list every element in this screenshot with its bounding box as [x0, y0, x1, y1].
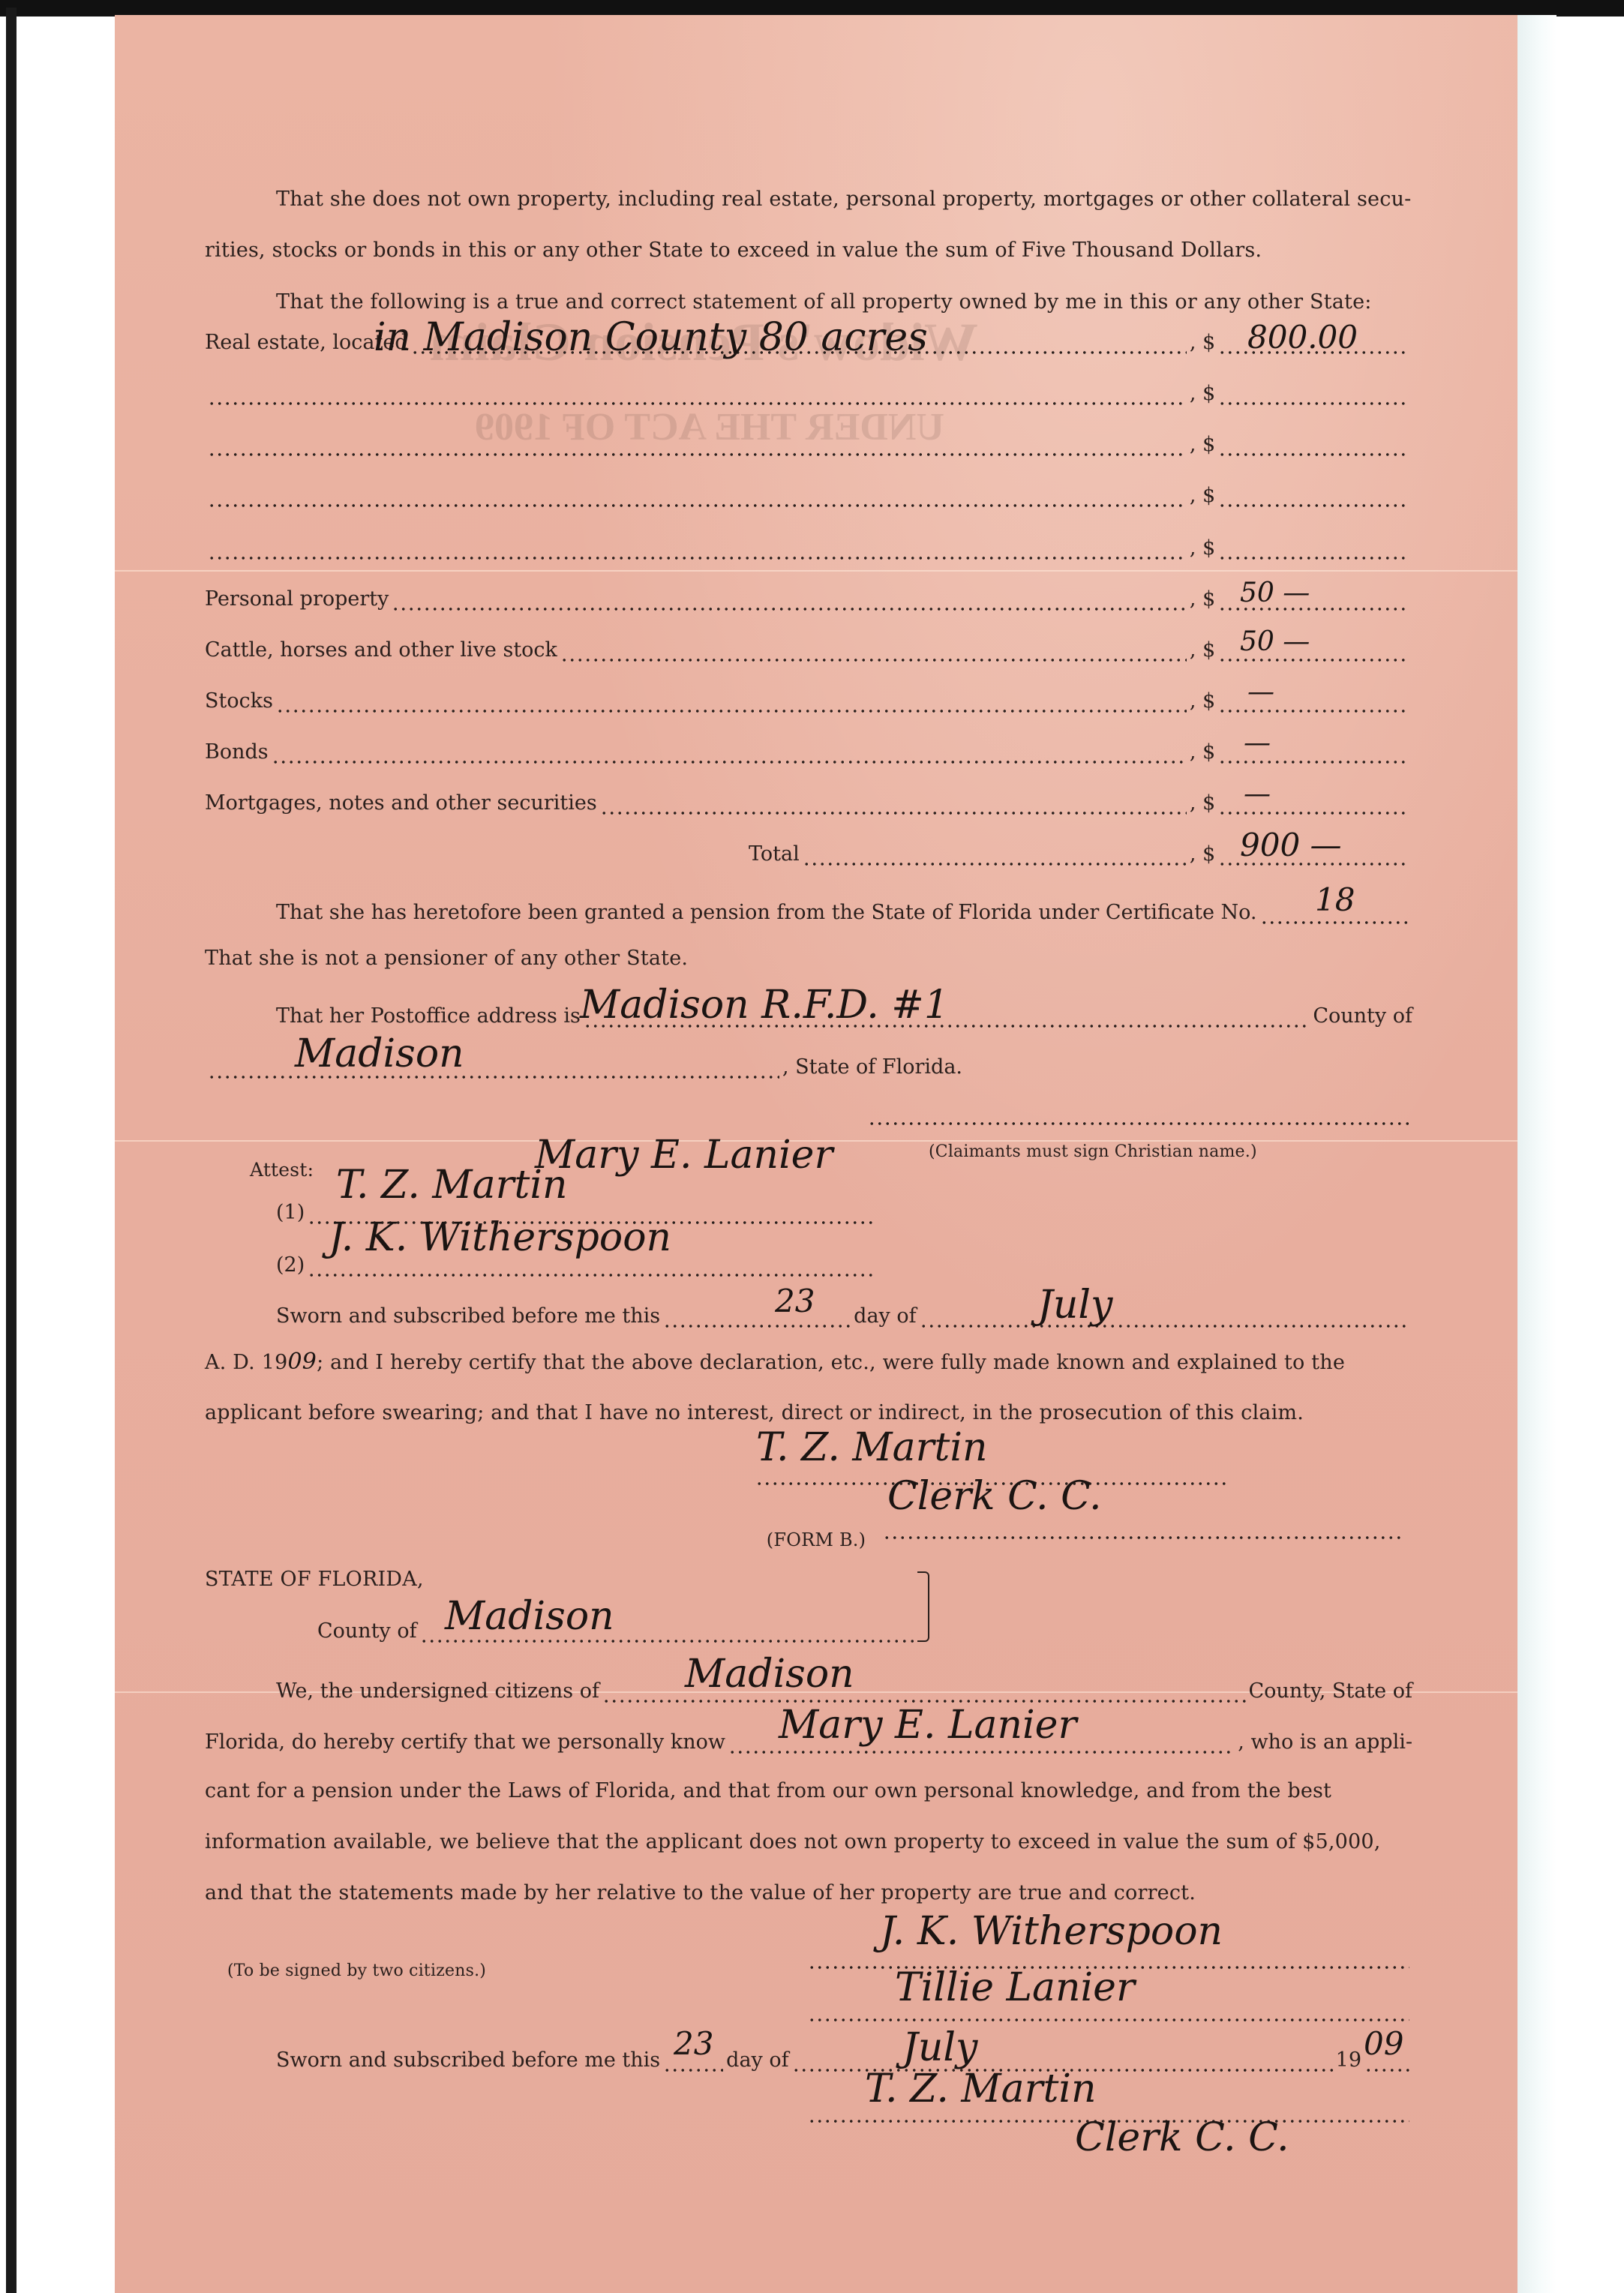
certify-line: A. D. 1909; and I hereby certify that th…: [205, 1349, 1412, 1376]
witness2-signature[interactable]: J. K. Witherspoon: [329, 1215, 671, 1260]
witness1-number: (1): [276, 1201, 305, 1224]
postoffice-value[interactable]: Madison R.F.D. #1: [580, 983, 949, 1028]
blank-amount: $: [1202, 433, 1412, 456]
intro-paragraph-line1: That she does not own property, includin…: [205, 186, 1484, 213]
form-b-officer-title[interactable]: Clerk C. C.: [1075, 2115, 1289, 2160]
personal-property-value[interactable]: 50 —: [1240, 578, 1310, 608]
pension-form-page: Widow's Pension Claim UNDER THE ACT OF 1…: [115, 15, 1517, 2293]
currency-symbol: $: [1202, 382, 1215, 405]
dotted-leader: [208, 539, 1187, 560]
item-label: Personal property: [205, 587, 389, 611]
citizen2-signature[interactable]: Tillie Lanier: [895, 1965, 1135, 2010]
sworn-day[interactable]: 23: [775, 1283, 815, 1319]
mortgages-value[interactable]: —: [1244, 779, 1271, 809]
form-b-county-value[interactable]: Madison: [445, 1594, 614, 1639]
real-estate-location-handwritten[interactable]: in Madison County 80 acres: [374, 315, 928, 360]
currency-symbol: $: [1202, 587, 1215, 611]
form-b-day-of-label: day of: [726, 2048, 788, 2072]
item-label: Mortgages, notes and other securities: [205, 791, 597, 815]
dotted-leader: [276, 692, 1187, 713]
claimant-signature[interactable]: Mary E. Lanier: [535, 1133, 833, 1178]
item-label: Cattle, horses and other live stock: [205, 638, 557, 662]
real-estate-value-handwritten[interactable]: 800.00: [1247, 319, 1358, 356]
form-b-sworn-day[interactable]: 23: [674, 2025, 713, 2062]
sworn-month[interactable]: July: [1037, 1283, 1112, 1328]
blank-amount: $: [1202, 382, 1412, 405]
scan-top-border: [0, 0, 1624, 17]
currency-symbol: $: [1202, 791, 1215, 815]
currency-symbol: $: [1202, 536, 1215, 560]
state-of-florida-heading: STATE OF FLORIDA,: [205, 1566, 1412, 1593]
postoffice-label: That her Postoffice address is: [205, 1004, 581, 1028]
dotted-leader: [208, 486, 1187, 507]
county-of-label: County of: [1313, 1004, 1412, 1028]
dotted-leader: [560, 641, 1187, 662]
form-b-officer-signature[interactable]: T. Z. Martin: [865, 2066, 1097, 2111]
citizens-suffix: County, State of: [1249, 1679, 1412, 1703]
certify-text: ; and I hereby certify that the above de…: [317, 1351, 1345, 1374]
blank-property-row: , $: [205, 530, 1412, 560]
form-b-year-prefix: 19: [1336, 2048, 1361, 2072]
dotted-leader: [868, 1104, 1409, 1125]
currency-symbol: $: [1202, 842, 1215, 866]
livestock-row: Cattle, horses and other live stock , $: [205, 632, 1412, 662]
dotted-leader: [803, 845, 1187, 866]
item-label: Bonds: [205, 740, 269, 764]
claimant-signature-line: [865, 1095, 1412, 1125]
form-b-sworn-prefix: Sworn and subscribed before me this: [205, 2048, 660, 2072]
witness2-number: (2): [276, 1253, 305, 1277]
claimant-note: (Claimants must sign Christian name.): [929, 1139, 1257, 1166]
dotted-leader: [1218, 435, 1409, 456]
form-b-sworn-row: Sworn and subscribed before me this day …: [205, 2042, 1412, 2072]
paper-fold: [115, 570, 1517, 572]
personal-property-row: Personal property , $: [205, 581, 1412, 611]
brace: [917, 1571, 929, 1642]
stocks-row: Stocks , $: [205, 683, 1412, 713]
dotted-leader: [1218, 486, 1409, 507]
total-value[interactable]: 900 —: [1240, 827, 1342, 863]
item-amount: $: [1202, 740, 1412, 764]
intro-paragraph-line2: rities, stocks or bonds in this or any o…: [205, 237, 1412, 264]
dotted-leader: [663, 1307, 851, 1328]
bonds-value[interactable]: —: [1244, 728, 1271, 758]
day-of-label: day of: [854, 1304, 916, 1328]
officer-signature[interactable]: T. Z. Martin: [756, 1425, 988, 1470]
currency-symbol: $: [1202, 484, 1215, 507]
dotted-leader: [920, 1307, 1409, 1328]
currency-symbol: $: [1202, 740, 1215, 764]
dotted-leader: [272, 743, 1187, 764]
blank-property-row: , $: [205, 375, 1412, 405]
certificate-row: That she has heretofore been granted a p…: [205, 894, 1412, 924]
currency-symbol: $: [1202, 689, 1215, 713]
blank-amount: $: [1202, 484, 1412, 507]
certify-line2: applicant before swearing; and that I ha…: [205, 1400, 1412, 1427]
item-amount: $: [1202, 689, 1412, 713]
plastic-sleeve-edge: [1515, 15, 1556, 2293]
item-amount: $: [1202, 791, 1412, 815]
blank-property-row: , $: [205, 426, 1412, 456]
state-of-florida-label: , State of Florida.: [782, 1055, 962, 1079]
dotted-leader: [1218, 539, 1409, 560]
blank-property-row: , $: [205, 477, 1412, 507]
form-b-body-line3: cant for a pension under the Laws of Flo…: [205, 1778, 1412, 1805]
dotted-leader: [600, 794, 1187, 815]
blank-amount: $: [1202, 536, 1412, 560]
form-b-title: (FORM B.): [115, 1526, 1517, 1553]
citizens-prefix: We, the undersigned citizens of: [205, 1679, 599, 1703]
currency-symbol: $: [1202, 331, 1215, 354]
applicant-name[interactable]: Mary E. Lanier: [779, 1703, 1076, 1748]
certificate-number[interactable]: 18: [1315, 881, 1355, 918]
currency-symbol: $: [1202, 638, 1215, 662]
form-b-sworn-month[interactable]: July: [902, 2025, 977, 2070]
form-b-body-line5: and that the statements made by her rela…: [205, 1880, 1412, 1907]
scan-left-border: [6, 8, 17, 2293]
signed-note: (To be signed by two citizens.): [227, 1958, 486, 1985]
ad-prefix: A. D. 19: [205, 1351, 287, 1374]
certificate-text: That she has heretofore been granted a p…: [205, 901, 1257, 924]
dotted-leader: [208, 1058, 779, 1079]
officer-title[interactable]: Clerk C. C.: [887, 1474, 1102, 1519]
not-pensioner-text: That she is not a pensioner of any other…: [205, 945, 1412, 972]
citizens-county-value[interactable]: Madison: [685, 1652, 854, 1697]
dotted-leader: [208, 435, 1187, 456]
dotted-leader: [208, 384, 1187, 405]
form-b-sworn-year[interactable]: 09: [1364, 2025, 1403, 2062]
currency-symbol: $: [1202, 433, 1215, 456]
form-b-county-label: County of: [317, 1619, 417, 1643]
ad-year[interactable]: 09: [287, 1349, 317, 1375]
know-suffix: , who is an appli-: [1238, 1730, 1412, 1754]
dotted-leader: [1218, 384, 1409, 405]
stocks-value[interactable]: —: [1247, 677, 1274, 707]
total-label: Total: [749, 842, 800, 866]
bonds-row: Bonds , $: [205, 734, 1412, 764]
property-statement-heading: That the following is a true and correct…: [205, 289, 1484, 316]
witness1-signature[interactable]: T. Z. Martin: [336, 1163, 568, 1208]
form-b-county-row: County of: [317, 1613, 917, 1643]
sworn-prefix: Sworn and subscribed before me this: [205, 1304, 660, 1328]
dotted-leader: [392, 590, 1186, 611]
mortgages-row: Mortgages, notes and other securities , …: [205, 785, 1412, 815]
know-prefix: Florida, do hereby certify that we perso…: [205, 1730, 725, 1754]
citizen1-signature[interactable]: J. K. Witherspoon: [880, 1909, 1223, 1954]
item-label: Stocks: [205, 689, 273, 713]
livestock-value[interactable]: 50 —: [1240, 626, 1310, 657]
attest-label: Attest:: [250, 1157, 314, 1184]
county-value[interactable]: Madison: [295, 1031, 464, 1076]
form-b-body-line4: information available, we believe that t…: [205, 1829, 1412, 1856]
